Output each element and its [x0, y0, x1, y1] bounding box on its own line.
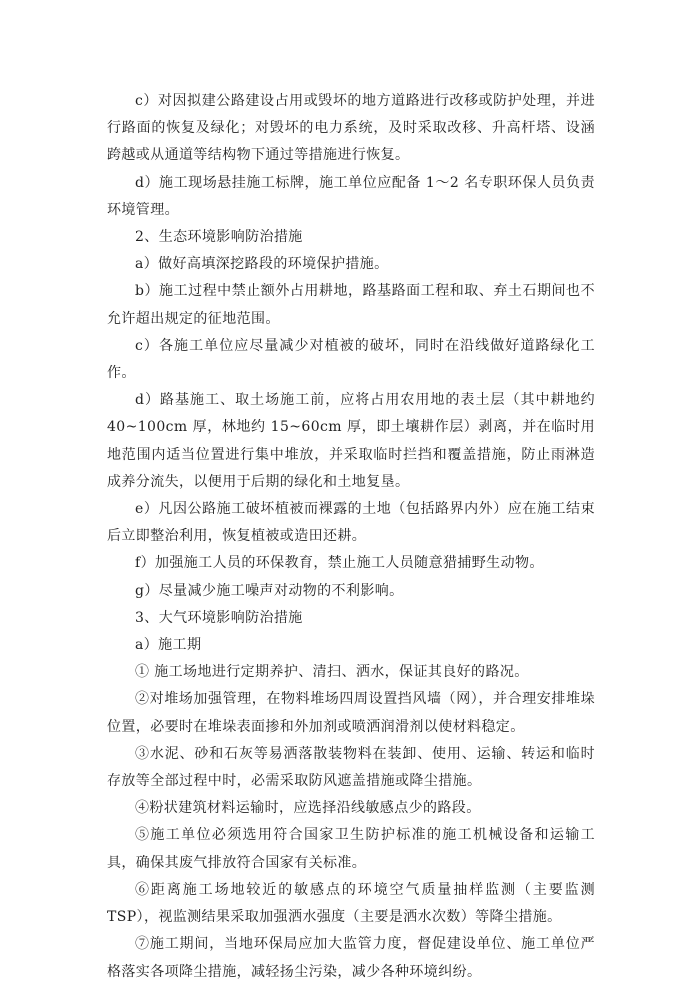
paragraph-d-topsoil: d）路基施工、取土场施工前，应将占用农用地的表土层（其中耕地约 40~100cm… [107, 387, 595, 496]
list-item-3: ③水泥、砂和石灰等易洒落散装物料在装卸、使用、运输、转运和临时存放等全部过程中时… [107, 741, 595, 795]
paragraph-f-education: f）加强施工人员的环保教育，禁止施工人员随意猎捕野生动物。 [107, 550, 595, 577]
paragraph-e-bare-land: e）凡因公路施工破坏植被而裸露的土地（包括路界内外）应在施工结束后立即整治利用，… [107, 496, 595, 550]
list-item-7: ⑦施工期间，当地环保局应加大监管力度，督促建设单位、施工单位严格落实各项降尘措施… [107, 931, 595, 985]
section-heading-atmosphere: 3、大气环境影响防治措施 [107, 605, 595, 632]
list-item-6: ⑥距离施工场地较近的敏感点的环境空气质量抽样监测（主要监测 TSP），视监测结果… [107, 877, 595, 931]
document-page: c）对因拟建公路建设占用或毁坏的地方道路进行改移或防护处理，并进行路面的恢复及绿… [107, 88, 595, 986]
list-item-2: ②对堆场加强管理，在物料堆场四周设置挡风墙（网），并合理安排堆垛位置，必要时在堆… [107, 686, 595, 740]
paragraph-c-road-restore: c）对因拟建公路建设占用或毁坏的地方道路进行改移或防护处理，并进行路面的恢复及绿… [107, 88, 595, 170]
paragraph-g-noise: g）尽量减少施工噪声对动物的不利影响。 [107, 578, 595, 605]
paragraph-c-vegetation: c）各施工单位应尽量减少对植被的破坏，同时在沿线做好道路绿化工作。 [107, 333, 595, 387]
list-item-4: ④粉状建筑材料运输时，应选择沿线敏感点少的路段。 [107, 795, 595, 822]
paragraph-a-fill-cut: a）做好高填深挖路段的环境保护措施。 [107, 251, 595, 278]
list-item-5: ⑤施工单位必须选用符合国家卫生防护标准的施工机械设备和运输工具，确保其废气排放符… [107, 822, 595, 876]
list-item-1: ① 施工场地进行定期养护、清扫、洒水，保证其良好的路况。 [107, 659, 595, 686]
paragraph-d-signboard: d）施工现场悬挂施工标牌，施工单位应配备 1～2 名专职环保人员负责环境管理。 [107, 170, 595, 224]
paragraph-b-farmland: b）施工过程中禁止额外占用耕地，路基路面工程和取、弃土石期间也不允许超出规定的征… [107, 278, 595, 332]
subheading-construction-period: a）施工期 [107, 632, 595, 659]
section-heading-ecology: 2、生态环境影响防治措施 [107, 224, 595, 251]
